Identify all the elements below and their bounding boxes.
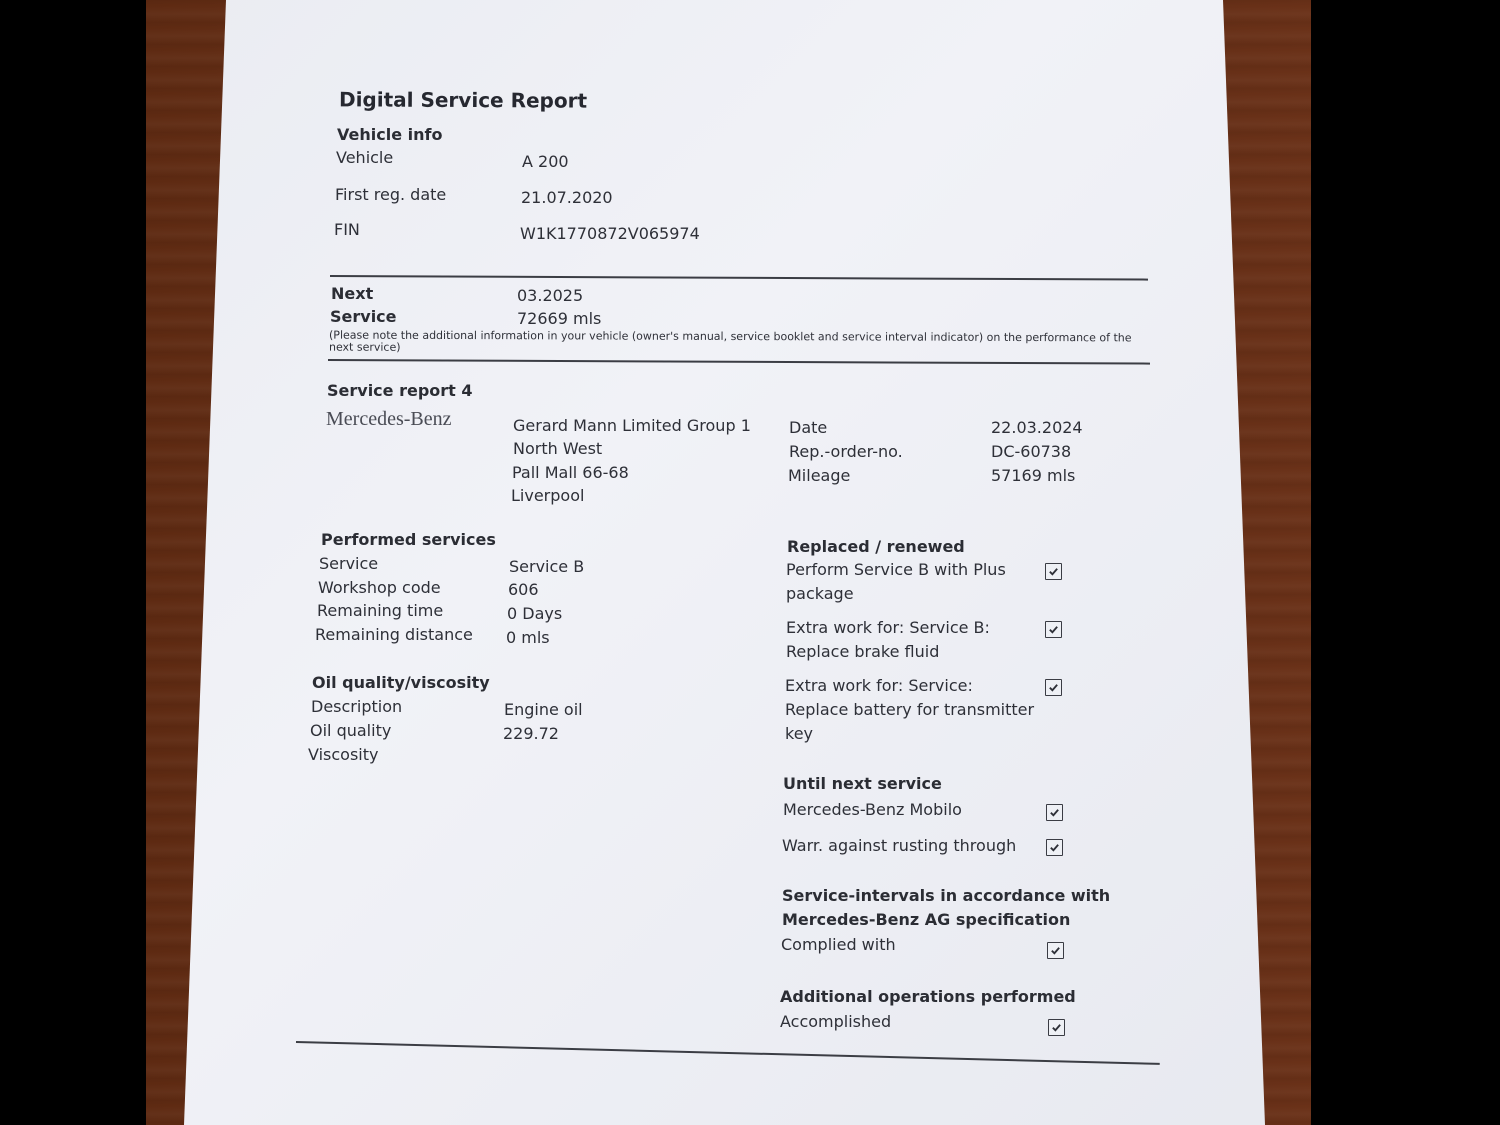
workshop-code-value: 606 — [508, 580, 539, 599]
remaining-distance-value: 0 mls — [506, 628, 550, 647]
divider — [330, 275, 1148, 281]
checkbox-checked[interactable] — [1047, 942, 1064, 959]
until-next-heading: Until next service — [783, 774, 942, 793]
checkmark-icon — [1048, 566, 1059, 577]
mileage-value: 57169 mls — [991, 466, 1075, 485]
checkbox-checked[interactable] — [1048, 1019, 1065, 1036]
remaining-time-label: Remaining time — [317, 601, 443, 620]
mobilo-label: Mercedes-Benz Mobilo — [783, 800, 962, 819]
next-service-note: (Please note the additional information … — [329, 330, 1149, 357]
date-value: 22.03.2024 — [991, 418, 1083, 437]
service-report-heading: Service report 4 — [327, 381, 473, 400]
oil-description-label: Description — [311, 697, 402, 716]
fin-label: FIN — [334, 220, 360, 239]
next-service-distance: 72669 mls — [517, 309, 601, 328]
remaining-time-value: 0 Days — [507, 604, 562, 623]
page-title: Digital Service Report — [339, 87, 587, 112]
service-value: Service B — [509, 557, 584, 576]
oil-heading: Oil quality/viscosity — [312, 673, 490, 692]
replaced-item-2: Extra work for: Service B: Replace brake… — [786, 616, 1026, 664]
remaining-distance-label: Remaining distance — [315, 625, 473, 644]
complied-with-label: Complied with — [781, 935, 896, 954]
vehicle-info-heading: Vehicle info — [337, 125, 442, 144]
service-report-document: Digital Service Report Vehicle info Vehi… — [0, 0, 1500, 1125]
replaced-heading: Replaced / renewed — [787, 537, 965, 556]
checkbox-checked[interactable] — [1045, 679, 1062, 696]
accomplished-label: Accomplished — [780, 1012, 891, 1031]
oil-quality-label: Oil quality — [310, 721, 391, 740]
checkmark-icon — [1049, 807, 1060, 818]
checkbox-checked[interactable] — [1045, 563, 1062, 580]
divider — [296, 1041, 1160, 1065]
first-reg-date-label: First reg. date — [335, 185, 446, 204]
oil-description-value: Engine oil — [504, 700, 583, 719]
vehicle-label: Vehicle — [336, 148, 393, 167]
checkbox-checked[interactable] — [1046, 839, 1063, 856]
next-service-label-line2: Service — [330, 307, 397, 326]
divider — [328, 359, 1150, 365]
rep-order-value: DC-60738 — [991, 442, 1071, 461]
intervals-heading-line1: Service-intervals in accordance with — [782, 886, 1110, 905]
rust-warranty-label: Warr. against rusting through — [782, 836, 1016, 855]
next-service-label-line1: Next — [331, 284, 373, 303]
checkbox-checked[interactable] — [1046, 804, 1063, 821]
date-label: Date — [789, 418, 827, 437]
dealer-name: Gerard Mann Limited Group 1 — [513, 416, 751, 435]
checkmark-icon — [1051, 1022, 1062, 1033]
oil-quality-value: 229.72 — [503, 724, 559, 743]
checkmark-icon — [1049, 842, 1060, 853]
checkbox-checked[interactable] — [1045, 621, 1062, 638]
replaced-item-1: Perform Service B with Plus package — [786, 558, 1026, 606]
service-label: Service — [319, 554, 378, 573]
viscosity-label: Viscosity — [308, 745, 378, 764]
dealer-region: North West — [513, 439, 602, 458]
additional-heading: Additional operations performed — [780, 987, 1076, 1006]
performed-services-heading: Performed services — [321, 530, 496, 549]
next-service-date: 03.2025 — [517, 286, 583, 305]
dealer-city: Liverpool — [511, 486, 584, 505]
brand-name: Mercedes-Benz — [326, 408, 452, 431]
checkmark-icon — [1050, 945, 1061, 956]
checkmark-icon — [1048, 682, 1059, 693]
dealer-street: Pall Mall 66-68 — [512, 463, 629, 482]
replaced-item-3: Extra work for: Service: Replace battery… — [785, 674, 1040, 746]
fin-value: W1K1770872V065974 — [520, 224, 700, 243]
rep-order-label: Rep.-order-no. — [789, 442, 903, 461]
mileage-label: Mileage — [788, 466, 850, 485]
vehicle-value: A 200 — [522, 152, 569, 171]
intervals-heading-line2: Mercedes-Benz AG specification — [782, 910, 1070, 929]
first-reg-date-value: 21.07.2020 — [521, 188, 613, 207]
workshop-code-label: Workshop code — [318, 578, 441, 597]
checkmark-icon — [1048, 624, 1059, 635]
